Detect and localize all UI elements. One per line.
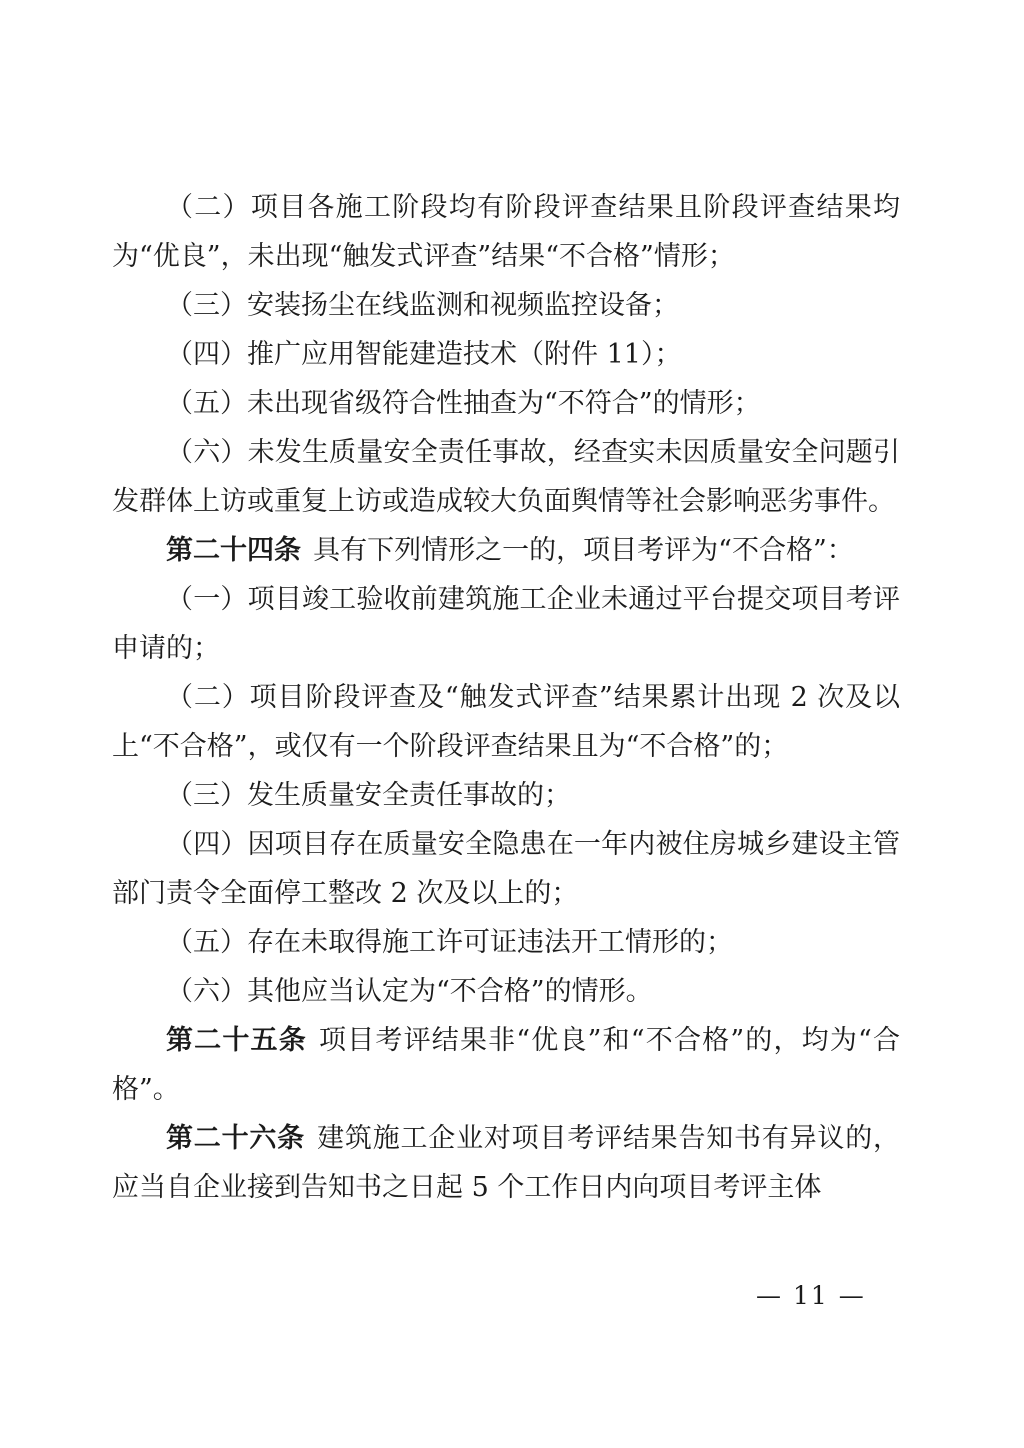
- paragraph-text: （一）项目竣工验收前建筑施工企业未通过平台提交项目考评申请的；: [112, 584, 900, 664]
- paragraph-text: 具有下列情形之一的，项目考评为“不合格”：: [313, 535, 854, 566]
- article-term: 第二十六条: [166, 1123, 305, 1154]
- article-term: 第二十五条: [166, 1025, 307, 1056]
- paragraph-text: （三）发生质量安全责任事故的；: [166, 780, 571, 811]
- paragraph: （二）项目各施工阶段均有阶段评查结果且阶段评查结果均为“优良”，未出现“触发式评…: [112, 183, 900, 281]
- paragraph: （一）项目竣工验收前建筑施工企业未通过平台提交项目考评申请的；: [112, 575, 900, 673]
- paragraph-article-26: 第二十六条建筑施工企业对项目考评结果告知书有异议的，应当自企业接到告知书之日起 …: [112, 1114, 900, 1212]
- paragraph-text: （二）项目阶段评查及“触发式评查”结果累计出现 2 次及以上“不合格”，或仅有一…: [112, 682, 900, 762]
- paragraph: （四）因项目存在质量安全隐患在一年内被住房城乡建设主管部门责令全面停工整改 2 …: [112, 820, 900, 918]
- paragraph-article-24: 第二十四条具有下列情形之一的，项目考评为“不合格”：: [112, 526, 900, 575]
- paragraph-text: （六）未发生质量安全责任事故，经查实未因质量安全问题引发群体上访或重复上访或造成…: [112, 437, 900, 517]
- paragraph: （五）未出现省级符合性抽查为“不符合”的情形；: [112, 379, 900, 428]
- document-body: （二）项目各施工阶段均有阶段评查结果且阶段评查结果均为“优良”，未出现“触发式评…: [112, 183, 900, 1212]
- page-number: — 11 —: [756, 1281, 866, 1310]
- paragraph-text: （四）因项目存在质量安全隐患在一年内被住房城乡建设主管部门责令全面停工整改 2 …: [112, 829, 900, 909]
- paragraph: （六）未发生质量安全责任事故，经查实未因质量安全问题引发群体上访或重复上访或造成…: [112, 428, 900, 526]
- paragraph: （四）推广应用智能建造技术（附件 11）；: [112, 330, 900, 379]
- paragraph-article-25: 第二十五条项目考评结果非“优良”和“不合格”的，均为“合格”。: [112, 1016, 900, 1114]
- document-page: （二）项目各施工阶段均有阶段评查结果且阶段评查结果均为“优良”，未出现“触发式评…: [0, 0, 1024, 1448]
- paragraph: （三）安装扬尘在线监测和视频监控设备；: [112, 281, 900, 330]
- paragraph-text: （三）安装扬尘在线监测和视频监控设备；: [166, 290, 679, 321]
- paragraph: （三）发生质量安全责任事故的；: [112, 771, 900, 820]
- paragraph-text: （六）其他应当认定为“不合格”的情形。: [166, 976, 653, 1007]
- paragraph-text: （二）项目各施工阶段均有阶段评查结果且阶段评查结果均为“优良”，未出现“触发式评…: [112, 192, 900, 272]
- paragraph-text: （五）存在未取得施工许可证违法开工情形的；: [166, 927, 733, 958]
- article-term: 第二十四条: [166, 535, 301, 566]
- paragraph: （二）项目阶段评查及“触发式评查”结果累计出现 2 次及以上“不合格”，或仅有一…: [112, 673, 900, 771]
- paragraph-text: （四）推广应用智能建造技术（附件 11）；: [166, 339, 681, 370]
- paragraph: （五）存在未取得施工许可证违法开工情形的；: [112, 918, 900, 967]
- paragraph-text: （五）未出现省级符合性抽查为“不符合”的情形；: [166, 388, 761, 419]
- paragraph: （六）其他应当认定为“不合格”的情形。: [112, 967, 900, 1016]
